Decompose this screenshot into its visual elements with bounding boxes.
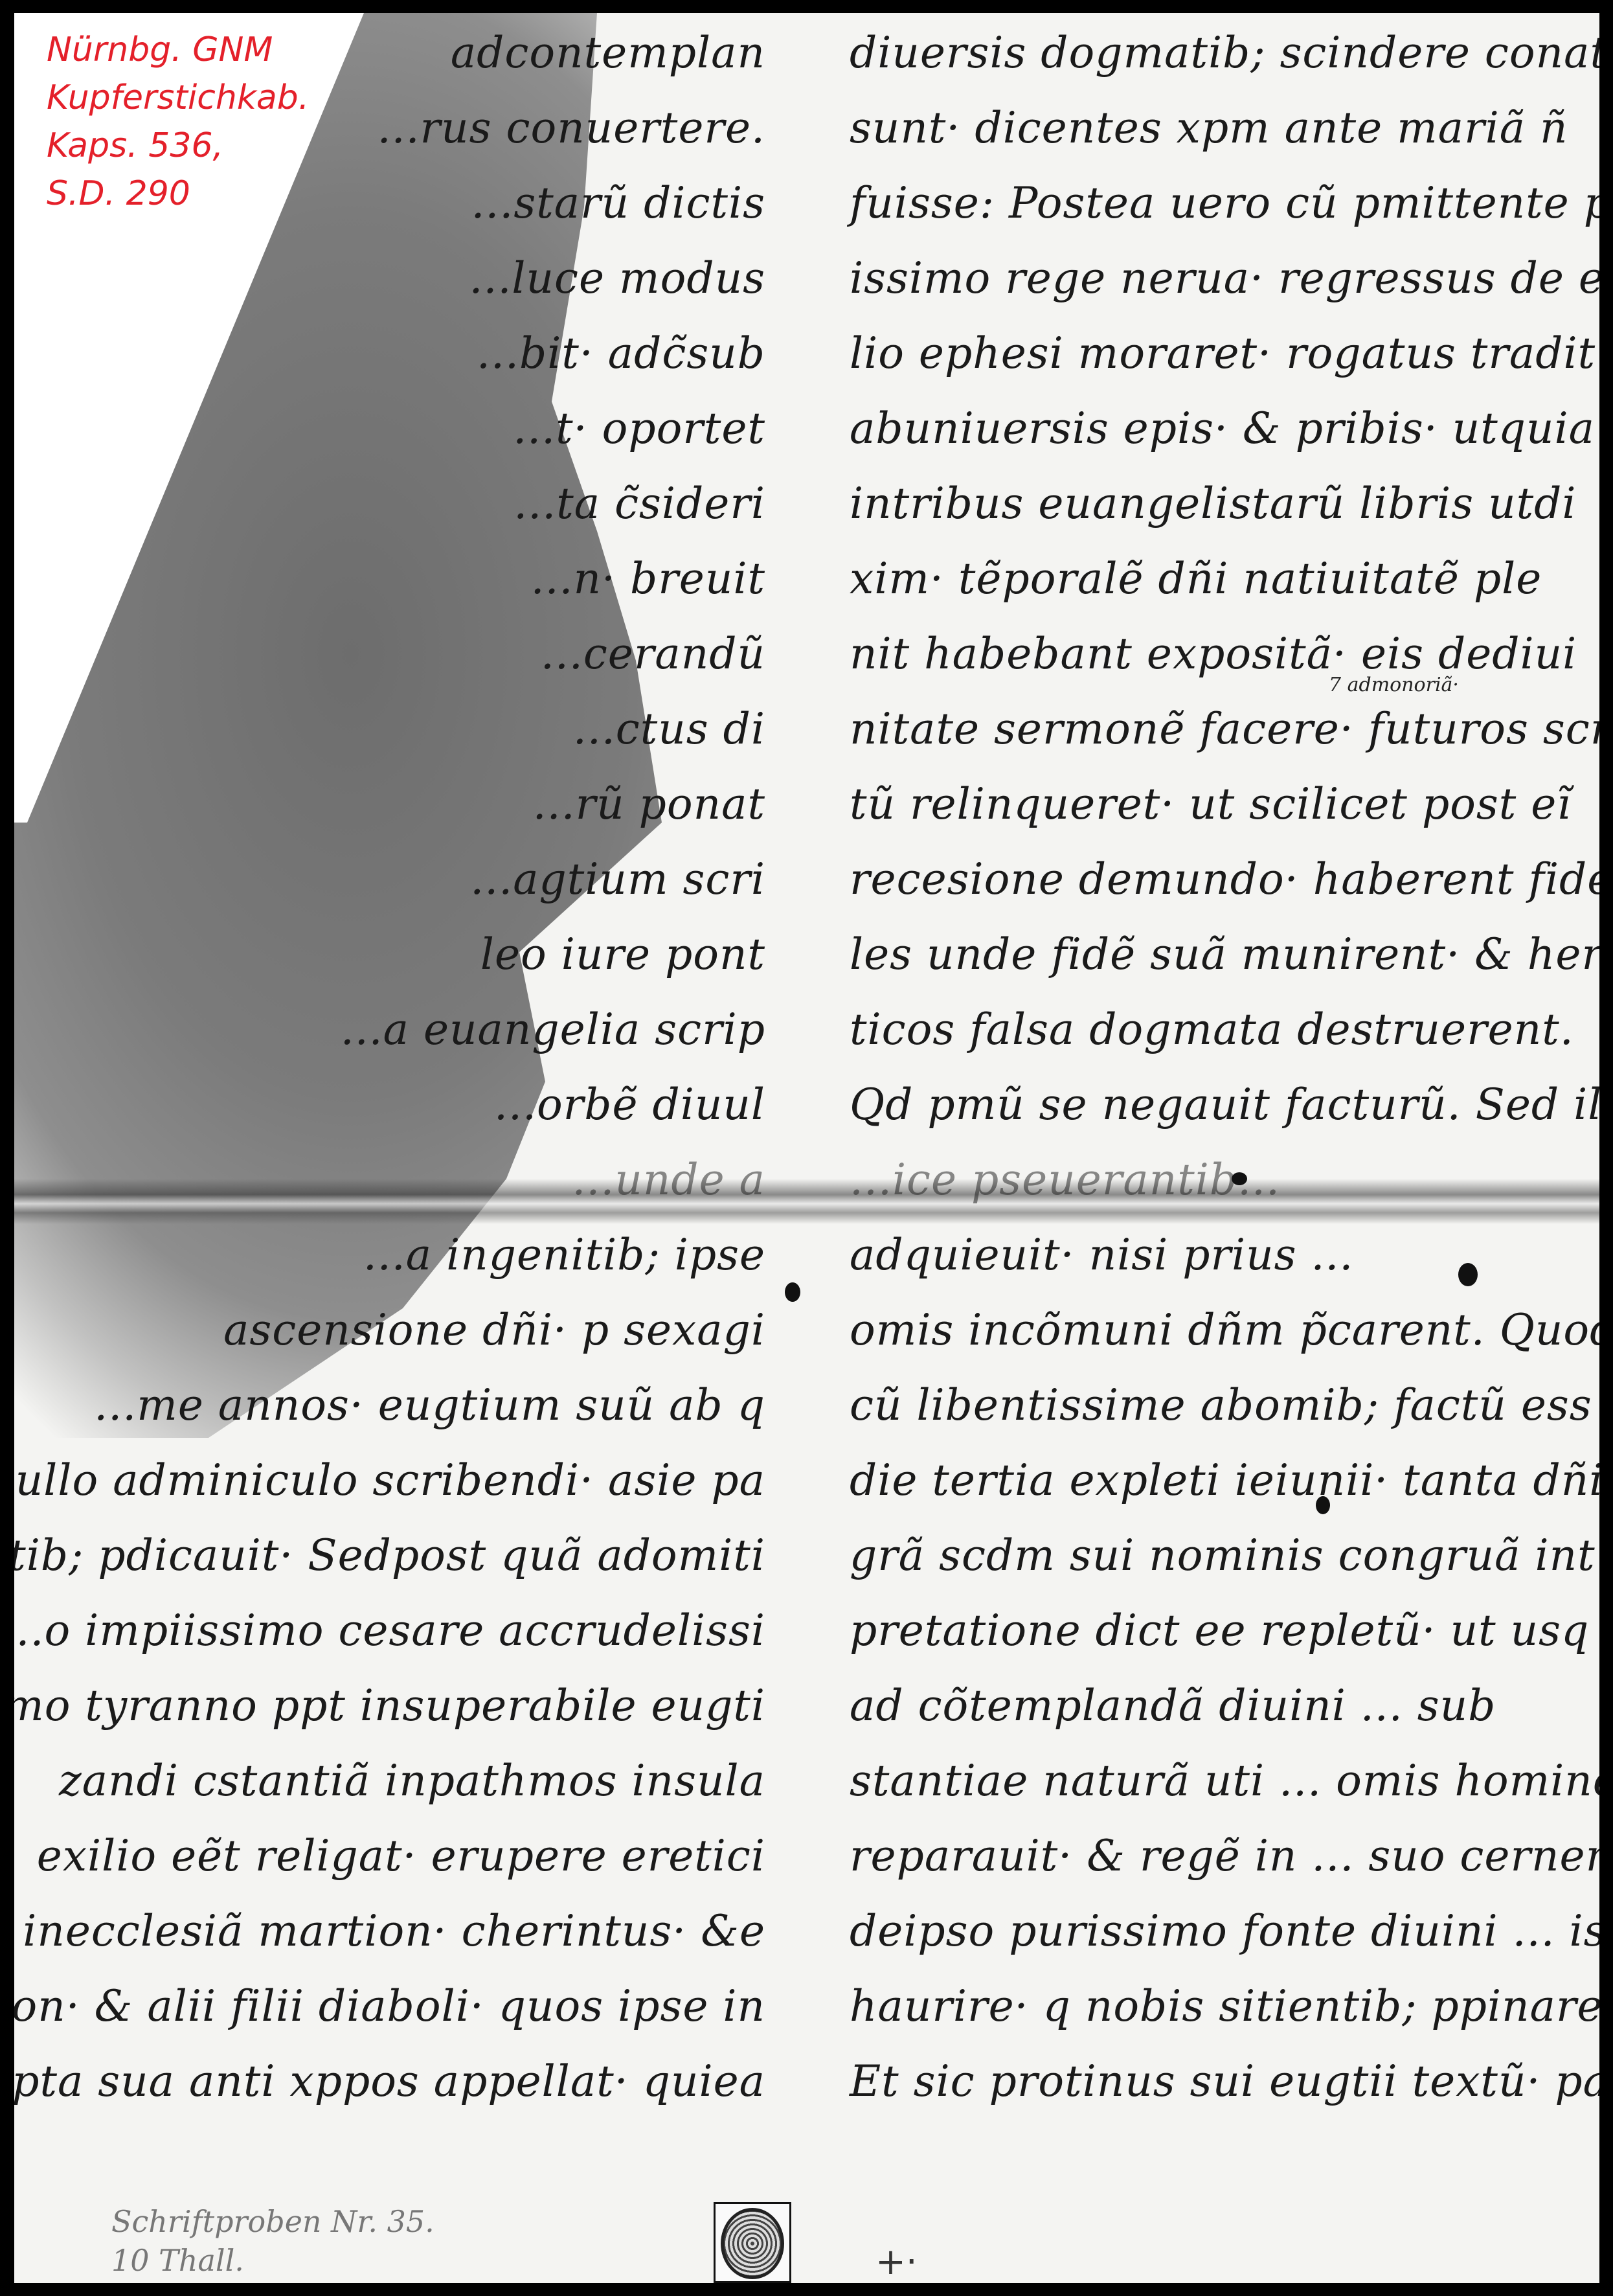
text-line: ...cerandũ xyxy=(541,628,765,680)
pencil-annotation: Schriftproben Nr. 35. 10 Thall. xyxy=(111,2202,434,2280)
annotation-line: S.D. 290 xyxy=(47,170,309,218)
text-line: haurire· q nobis sitientib; ppinare xyxy=(850,1981,1599,2032)
text-line: tib; pdicauit· Sedpost quã adomiti xyxy=(14,1530,765,1582)
text-line: nitate sermonẽ facere· futuros scri xyxy=(850,703,1599,755)
text-line: adquieuit· nisi prius ... xyxy=(850,1229,1353,1281)
text-line: ...me annos· eugtium suũ ab q xyxy=(94,1380,765,1431)
text-line: mo tyranno ppt insuperabile eugti xyxy=(14,1680,765,1732)
text-line: ad cõtemplandã diuini ... sub xyxy=(850,1680,1496,1732)
annotation-line: 10 Thall. xyxy=(111,2241,434,2280)
annotation-line: Kaps. 536, xyxy=(47,122,309,170)
text-line: nit habebant expositã· eis dediui xyxy=(850,628,1577,680)
interlinear-gloss: 7 admonoriã· xyxy=(1329,674,1459,696)
ink-blot xyxy=(1458,1263,1478,1286)
ink-blot xyxy=(785,1282,800,1302)
text-line: ...bit· adc̃sub xyxy=(477,328,765,380)
text-line: abuniuersis epis· & pribis· utquia iã xyxy=(850,403,1599,455)
text-line: fuisse: Postea uero cũ pmittente pi xyxy=(850,177,1599,229)
text-line: ...ta c̃sideri xyxy=(513,478,765,530)
text-line: ...rũ ponat xyxy=(533,779,765,830)
text-line: inecclesiã martion· cherintus· &e xyxy=(23,1905,765,1957)
text-line: deipso purissimo fonte diuini ... is xyxy=(850,1905,1599,1957)
text-line: Qd pmũ se negauit facturũ. Sed illis xyxy=(850,1079,1599,1131)
eagle-seal-icon xyxy=(721,2208,784,2279)
text-line: ascensione dñi· p sexagi xyxy=(223,1304,765,1356)
cross-mark: +· xyxy=(875,2241,918,2283)
text-line: adcontemplan xyxy=(451,27,765,79)
text-line: omis incõmuni dñm p̃carent. Quod xyxy=(850,1304,1599,1356)
ink-blot xyxy=(1232,1172,1247,1185)
text-line: intribus euangelistarũ libris utdi xyxy=(850,478,1576,530)
text-line: issimo rege nerua· regressus de exi xyxy=(850,253,1599,304)
text-line: ...ctus di xyxy=(573,703,765,755)
text-line: diuersis dogmatib; scindere conati xyxy=(850,27,1599,79)
text-line: ...luce modus xyxy=(469,253,765,304)
text-line: die tertia expleti ieiunii· tanta dñi xyxy=(850,1455,1599,1506)
text-line: ...agtium scri xyxy=(470,854,765,905)
text-line: sunt· dicentes xpm ante mariã ñ xyxy=(850,102,1568,154)
text-line: ...o impiissimo cesare accrudelissi xyxy=(14,1605,765,1657)
text-line: leo iure pont xyxy=(480,929,765,981)
text-line: pretatione dict ee repletũ· ut usq xyxy=(850,1605,1589,1657)
text-line: ...n· breuit xyxy=(531,553,765,605)
annotation-line: Kupferstichkab. xyxy=(47,74,309,122)
text-line: exilio eẽt religat· erupere eretici xyxy=(37,1830,765,1882)
text-line: ...starũ dictis xyxy=(471,177,765,229)
text-line: stantiae naturã uti ... omis homines xyxy=(850,1755,1599,1807)
text-line: ...a euangelia scrip xyxy=(341,1004,765,1056)
annotation-line: Schriftproben Nr. 35. xyxy=(111,2202,434,2241)
text-line: bion· & alii filii diaboli· quos ipse in xyxy=(14,1981,765,2032)
fold-crease xyxy=(14,1179,1599,1224)
text-line: ...orbẽ diuul xyxy=(494,1079,765,1131)
text-line: recesione demundo· haberent fide xyxy=(850,854,1599,905)
text-line: Et sic protinus sui eugtii textũ· pauca xyxy=(850,2056,1599,2108)
text-line: cũ libentissime abomib; factũ ess xyxy=(850,1380,1592,1431)
text-line: ...ice pseuerantib... xyxy=(850,1154,1280,1206)
text-line: epta sua anti xppos appellat· quiea xyxy=(14,2056,765,2108)
text-line: xim· tẽporalẽ dñi natiuitatẽ ple xyxy=(850,553,1542,605)
text-line: ...t· oportet xyxy=(513,403,765,455)
text-line: tũ relinqueret· ut scilicet post eĩ xyxy=(850,779,1571,830)
library-stamp xyxy=(714,2202,791,2283)
text-line: ullo adminiculo scribendi· asie pa xyxy=(16,1455,765,1506)
text-line: reparauit· & regẽ in ... suo cernen xyxy=(850,1830,1599,1882)
annotation-line: Nürnbg. GNM xyxy=(47,26,309,74)
text-line: grã scdm sui nominis congruã int xyxy=(850,1530,1596,1582)
text-line: ...rus conuertere. xyxy=(378,102,765,154)
text-line: les unde fidẽ suã munirent· & here xyxy=(850,929,1599,981)
text-line: ticos falsa dogmata destruerent. xyxy=(850,1004,1574,1056)
text-line: ...unde a xyxy=(572,1154,765,1206)
red-shelfmark-annotation: Nürnbg. GNM Kupferstichkab. Kaps. 536, S… xyxy=(47,26,309,218)
text-line: ...a ingenitib; ipse xyxy=(363,1229,765,1281)
text-line: lio ephesi moraret· rogatus tradit xyxy=(850,328,1596,380)
ink-blot xyxy=(1316,1496,1330,1514)
manuscript-sheet: Nürnbg. GNM Kupferstichkab. Kaps. 536, S… xyxy=(14,13,1599,2283)
text-line: zandi cstantiã inpathmos insula xyxy=(59,1755,765,1807)
